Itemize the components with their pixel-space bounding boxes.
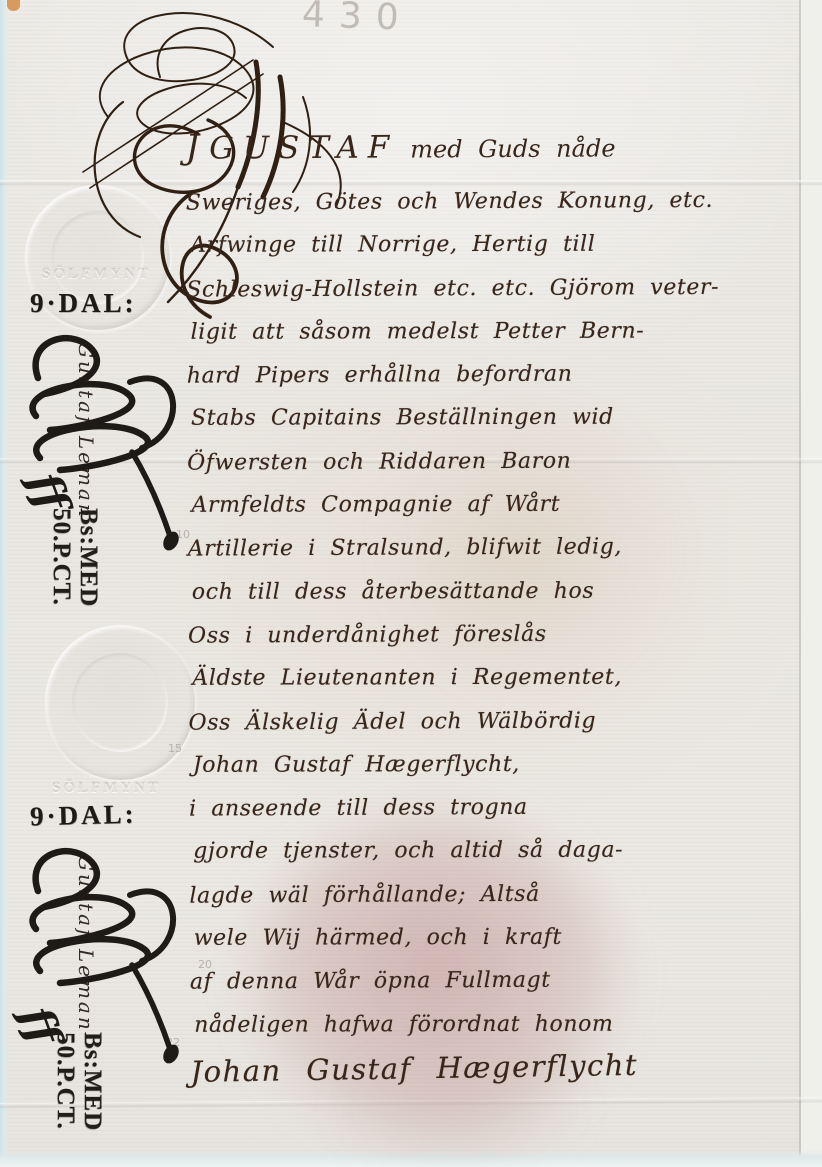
manuscript-line: Stabs Capitains Beställningen wid — [191, 396, 813, 441]
manuscript-opening-line: JGUSTAFmed Guds nåde — [185, 124, 807, 181]
stamp-signature-lower: Gustaf Leman — [74, 855, 98, 1033]
manuscript-line: ligit att såsom medelst Petter Bern- — [190, 309, 812, 354]
manuscript-line: Schleswig-Hollstein etc. etc. Gjörom vet… — [186, 265, 808, 312]
surcharge-line: Bs:MED — [79, 1032, 106, 1131]
manuscript-line: Johan Gustaf Hægerflycht, — [193, 742, 815, 787]
manuscript-line: Oss i underdånighet föreslås — [188, 611, 810, 658]
manuscript-line: Oss Älskelig Ädel och Wälbördig — [188, 698, 810, 745]
revenue-stamp-duty-lower: 9·DAL: — [30, 799, 137, 833]
surcharge-line: 50.P.CT. — [52, 1032, 79, 1131]
manuscript-line: Öfwersten och Riddaren Baron — [187, 438, 809, 485]
revenue-stamp-surcharge-upper: Bs:MED 50.P.CT. — [48, 508, 102, 607]
revenue-stamp-surcharge-lower: Bs:MED 50.P.CT. — [52, 1032, 106, 1131]
surcharge-line: 50.P.CT. — [48, 508, 75, 607]
manuscript-line: af denna Wår öpna Fullmagt — [190, 958, 812, 1005]
manuscript-line: lagde wäl förhållande; Altså — [189, 871, 811, 918]
scanned-manuscript-page: SÖLFMYNT SÖLFMYNT 430 10 15 20 22 — [0, 0, 822, 1167]
surcharge-line: Bs:MED — [75, 508, 102, 607]
manuscript-line: i anseende till dess trogna — [189, 785, 811, 832]
manuscript-signature-line: Johan Gustaf Hægerflycht — [190, 1041, 813, 1094]
revenue-stamp-duty-upper: 9·DAL: — [30, 288, 137, 319]
manuscript-line: och till dess återbesättande hos — [192, 569, 814, 614]
manuscript-text: JGUSTAFmed Guds nåde Sweriges, Götes och… — [185, 124, 812, 1090]
corner-stain — [7, 0, 20, 11]
embossed-seal-text: SÖLFMYNT — [52, 780, 161, 797]
manuscript-line: Armfeldts Compagnie af Wårt — [191, 482, 813, 527]
pencil-margin-line-number: 15 — [168, 742, 182, 755]
stamp-signature-upper: Gustaf Leman — [74, 342, 98, 520]
manuscript-line: hard Pipers erhållna befordran — [187, 352, 809, 399]
manuscript-line: Äldste Lieutenanten i Regementet, — [192, 655, 814, 700]
manuscript-line: Artillerie i Stralsund, blifwit ledig, — [188, 525, 810, 572]
manuscript-line: Arfwinge till Norrige, Hertig till — [190, 222, 812, 267]
manuscript-line: wele Wij härmed, och i kraft — [194, 915, 816, 960]
manuscript-line: Sweriges, Götes och Wendes Konung, etc. — [186, 178, 808, 225]
scan-left-edge — [0, 0, 7, 1167]
manuscript-line: gjorde tjenster, och altid så daga- — [193, 829, 815, 874]
embossed-seal-lower — [45, 625, 195, 780]
royal-initial: J — [185, 128, 199, 168]
opening-suffix: med Guds nåde — [410, 134, 615, 163]
manuscript-line: nådeligen hafwa förordnat honom — [194, 1002, 816, 1047]
royal-name: GUSTAF — [209, 130, 398, 167]
